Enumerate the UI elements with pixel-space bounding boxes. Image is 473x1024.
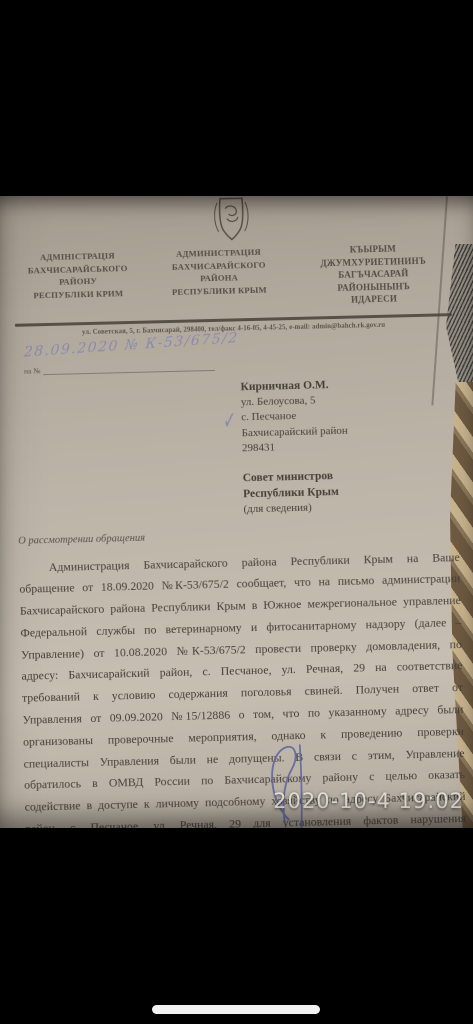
document-photo[interactable]: АДМІНІСТРАЦІЯ БАХЧИСАРАЙСЬКОГО РАЙОНУ РЕ… — [0, 196, 473, 828]
letterhead-columns: АДМІНІСТРАЦІЯ БАХЧИСАРАЙСЬКОГО РАЙОНУ РЕ… — [11, 241, 453, 314]
subject-line: О рассмотрении обращения — [18, 525, 459, 547]
recipient-address: ул. Белоусова, 5 с. Песчаное Бахчисарайс… — [241, 390, 457, 457]
camera-timestamp: 2020-10-4 19:02 — [273, 789, 464, 813]
letterhead-russian: АДМИНИСТРАЦИЯ БАХЧИСАРАЙСКОГО РАЙОНА РЕС… — [148, 245, 291, 311]
letter-body: Администрация Бахчисарайского района Рес… — [19, 547, 467, 828]
signature-scribble — [246, 742, 322, 828]
checkmark-icon: ✓ — [223, 404, 236, 436]
phone-screen: АДМІНІСТРАЦІЯ БАХЧИСАРАЙСЬКОГО РАЙОНУ РЕ… — [0, 0, 473, 1024]
official-letter: АДМІНІСТРАЦІЯ БАХЧИСАРАЙСЬКОГО РАЙОНУ РЕ… — [0, 196, 473, 828]
home-indicator[interactable] — [152, 1005, 320, 1014]
letterhead-crimean-tatar: КЪЫРЫМ ДЖУМХУРИЕТИНИНЪ БАГЪЧАСАРАЙ РАЙОН… — [293, 241, 453, 307]
reply-to-label: на № — [24, 366, 41, 375]
crimea-crest-icon — [10, 196, 452, 247]
recipient-block: ✓ Кирничная О.М. ул. Белоусова, 5 с. Пес… — [240, 374, 458, 517]
recipient2-name: Совет министров Республики Крым — [243, 465, 459, 502]
letterhead-ukrainian: АДМІНІСТРАЦІЯ БАХЧИСАРАЙСЬКОГО РАЙОНУ РЕ… — [11, 249, 145, 315]
